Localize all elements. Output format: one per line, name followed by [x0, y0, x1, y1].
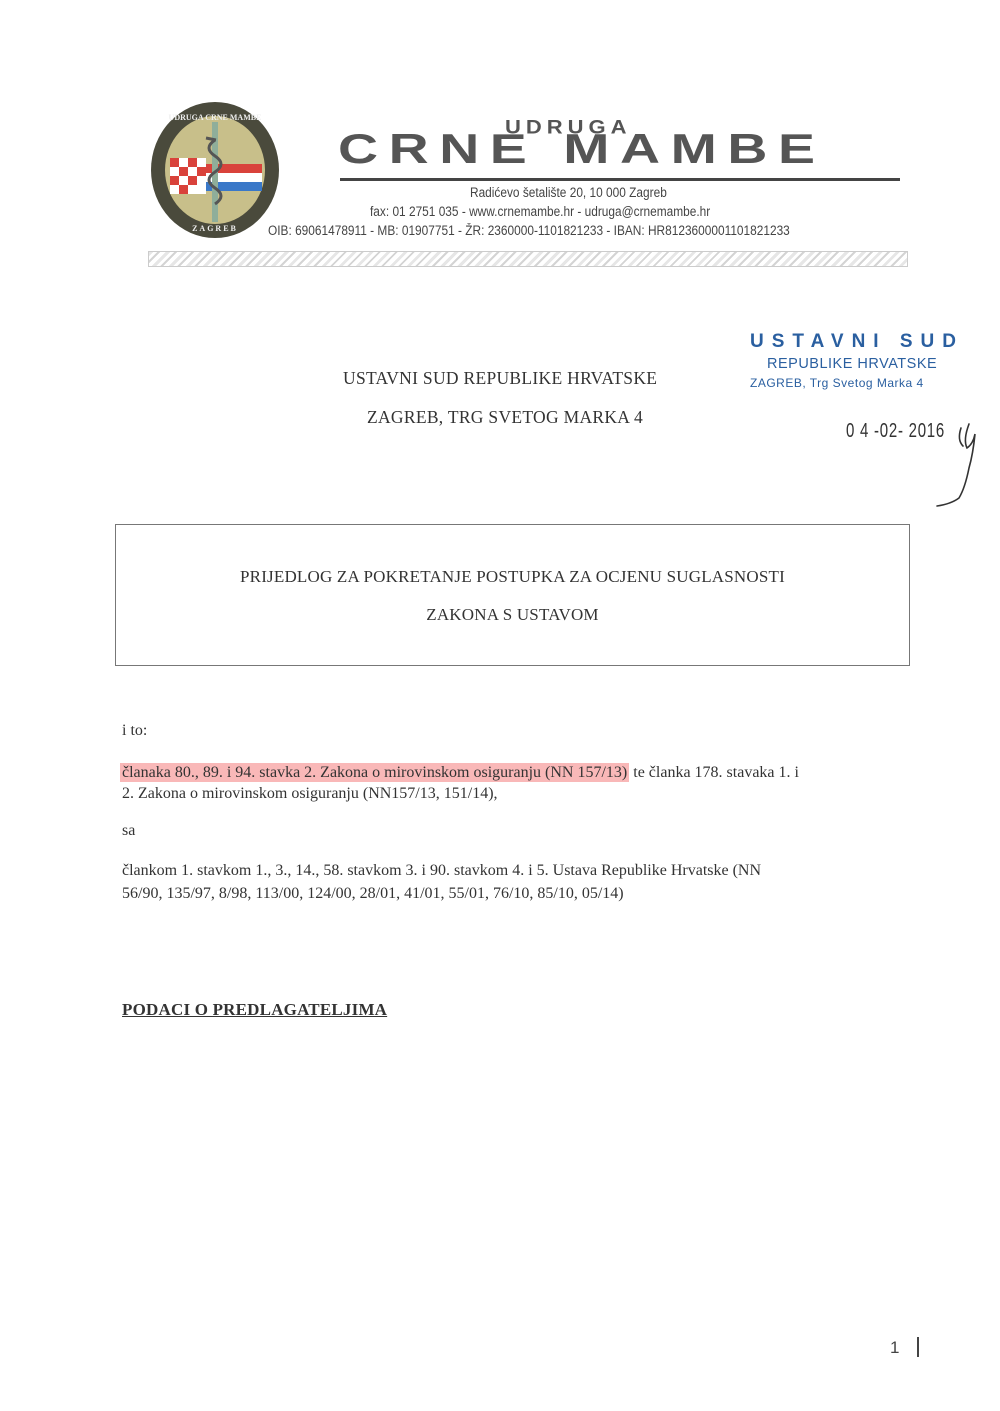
page-number-separator — [917, 1337, 919, 1357]
org-contact: fax: 01 2751 035 - www.crnemambe.hr - ud… — [370, 204, 710, 219]
svg-text:ZAGREB: ZAGREB — [192, 224, 238, 233]
document-title-box: PRIJEDLOG ZA POKRETANJE POSTUPKA ZA OCJE… — [115, 524, 910, 666]
paragraph1-line1: članaka 80., 89. i 94. stavka 2. Zakona … — [120, 764, 799, 782]
decorative-rope-border — [148, 251, 908, 267]
org-name-line2: CRNE MAMBE — [338, 128, 826, 170]
handwritten-signature-icon — [925, 418, 980, 510]
stamp-court-name: USTAVNI SUD — [750, 331, 964, 353]
document-title-line1: PRIJEDLOG ZA POKRETANJE POSTUPKA ZA OCJE… — [116, 567, 909, 587]
addressee-line1: USTAVNI SUD REPUBLIKE HRVATSKE — [343, 368, 657, 389]
organization-logo-emblem: UDRUGA CRNE MAMBE ZAGREB — [148, 100, 282, 240]
paragraph1-line2: 2. Zakona o mirovinskom osiguranju (NN15… — [122, 785, 498, 803]
svg-text:UDRUGA CRNE MAMBE: UDRUGA CRNE MAMBE — [169, 113, 262, 122]
intro-text: i to: — [122, 722, 147, 740]
paragraph2-line1: člankom 1. stavkom 1., 3., 14., 58. stav… — [122, 862, 761, 880]
paragraph1-continuation: te članka 178. stavaka 1. i — [629, 764, 799, 781]
connector-text: sa — [122, 822, 135, 840]
org-address: Radićevo šetalište 20, 10 000 Zagreb — [470, 185, 667, 200]
addressee-line2: ZAGREB, TRG SVETOG MARKA 4 — [367, 407, 643, 428]
paragraph2-line2: 56/90, 135/97, 8/98, 113/00, 124/00, 28/… — [122, 885, 624, 903]
page-number: 1 — [890, 1338, 899, 1358]
stamp-address: ZAGREB, Trg Svetog Marka 4 — [750, 376, 924, 390]
letterhead-rule — [340, 178, 900, 181]
document-title-line2: ZAKONA S USTAVOM — [116, 605, 909, 625]
org-identifiers: OIB: 69061478911 - MB: 01907751 - ŽR: 23… — [268, 223, 790, 238]
stamp-republic: REPUBLIKE HRVATSKE — [767, 356, 937, 372]
section-heading-proposers: PODACI O PREDLAGATELJIMA — [122, 1000, 387, 1020]
highlighted-law-articles: članaka 80., 89. i 94. stavka 2. Zakona … — [120, 763, 629, 782]
